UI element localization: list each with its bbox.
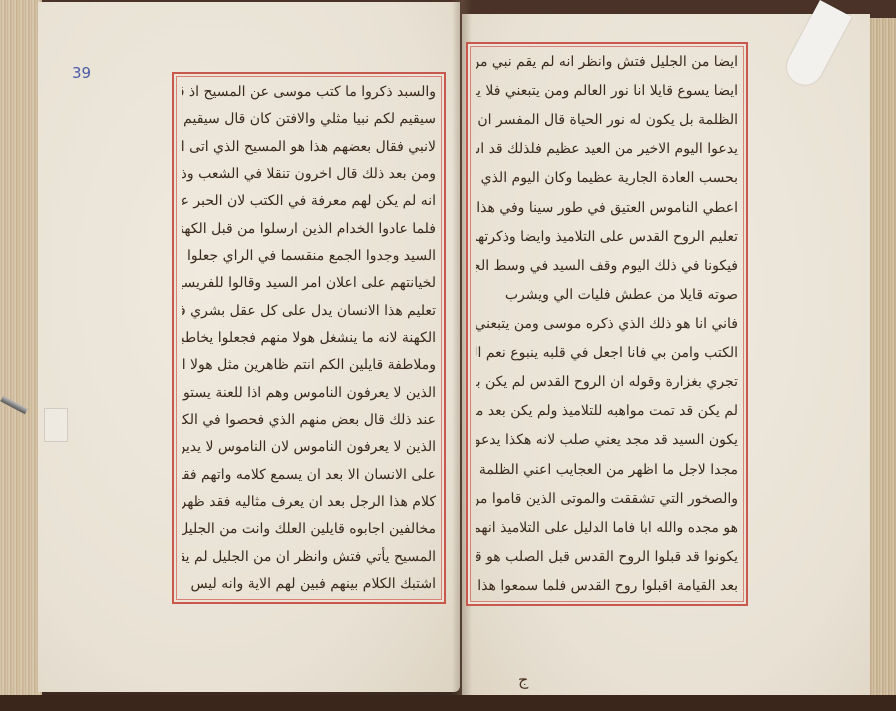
text-line: عند ذلك قال بعض منهم الذي فحصوا في الكتب… [182,410,436,430]
manuscript-photo: 39 والسبد ذكروا ما كتب موسى عن المسيح اذ… [0,0,896,711]
text-line: اشتبك الكلام بينهم فبين لهم الاية وانه ل… [182,574,436,594]
text-line: مجدا لاجل ما اظهر من العجايب اعني الظلمة… [476,460,738,480]
clip-blade [0,396,28,414]
table-surface [0,695,896,711]
page-edges-right [866,18,896,698]
text-line: تعليم هذا الانسان يدل على كل عقل بشري فخ… [182,301,436,321]
text-line: الذين لا يعرفون الناموس لان الناموس لا ي… [182,437,436,457]
text-line: الكتب وامن بي فانا اجعل في قلبه ينبوع نع… [476,343,738,363]
text-line: الظلمة بل يكون له نور الحياة قال المفسر … [476,110,738,130]
text-line: تعليم الروح القدس على التلاميذ وايضا وذك… [476,227,738,247]
text-line: لم يكن قد تمت مواهبه للتلاميذ ولم يكن بع… [476,401,738,421]
text-line: مخالفين اجابوه قايلين العلك وانت من الجل… [182,519,436,539]
text-line: لخيانتهم على اعلان امر السيد وقالوا للفر… [182,273,436,293]
left-text-block: والسبد ذكروا ما كتب موسى عن المسيح اذ قا… [182,82,436,594]
text-line: الكهنة لانه ما ينشغل هولا منهم فجعلوا يخ… [182,328,436,348]
text-line: ايضا من الجليل فتش وانظر انه لم يقم نبي … [476,52,738,72]
catchword: ج [518,670,528,689]
page-edges-left [0,0,42,711]
text-line: انه لم يكن لهم معرفة في الكتب لان الحبر … [182,191,436,211]
right-text-block: ايضا من الجليل فتش وانظر انه لم يقم نبي … [476,52,738,596]
metal-clip [0,398,30,420]
folio-number: 39 [72,64,91,82]
text-line: يكونوا قد قبلوا الروح القدس قبل الصلب هو… [476,547,738,567]
text-line: اعطي الناموس العتيق في طور سينا وفي هذا … [476,198,738,218]
text-line: على الانسان الا بعد ان يسمع كلامه واتهم … [182,465,436,485]
text-line: وملاطفة قايلين الكم انتم ظاهرين مثل هولا… [182,355,436,375]
text-line: يدعوا اليوم الاخير من العيد عظيم فلذلك ق… [476,139,738,159]
text-line: يكون السيد قد مجد يعني صلب لانه هكذا يدع… [476,430,738,450]
text-line: فاني انا هو ذلك الذي ذكره موسى ومن يتبعن… [476,314,738,334]
text-line: ايضا يسوع قايلا انا نور العالم ومن يتبعن… [476,81,738,101]
text-line: الذين لا يعرفون الناموس وهم اذا للعنة يس… [182,383,436,403]
text-line: كلام هذا الرجل بعد ان يعرف مثاليه فقد ظه… [182,492,436,512]
text-line: والصخور التي تشققت والموتى الذين قاموا م… [476,489,738,509]
left-text-frame: والسبد ذكروا ما كتب موسى عن المسيح اذ قا… [172,72,446,604]
transparent-tab [44,408,68,442]
text-line: فلما عادوا الخدام الذين ارسلوا من قبل ال… [182,219,436,239]
text-line: سيقيم لكم نبيا مثلي والافتن كان قال سيقي… [182,109,436,129]
text-line: بحسب العادة الجارية عظيما وكان اليوم الذ… [476,168,738,188]
text-line: بعد القيامة اقبلوا روح القدس فلما سمعوا … [476,576,738,596]
text-line: فيكونا في ذلك اليوم وقف السيد في وسط الج… [476,256,738,276]
text-line: ومن بعد ذلك قال اخرون تنقلا في الشعب وذل… [182,164,436,184]
text-line: السيد وجدوا الجمع منقسما في الراي جعلوا … [182,246,436,266]
right-text-frame: ايضا من الجليل فتش وانظر انه لم يقم نبي … [466,42,748,606]
text-line: هو مجده والله ابا فاما الدليل على التلام… [476,518,738,538]
text-line: صوته قايلا من عطش فليات الي ويشرب [476,285,738,305]
text-line: والسبد ذكروا ما كتب موسى عن المسيح اذ قا… [182,82,436,102]
text-line: تجري بغزارة وقوله ان الروح القدس لم يكن … [476,372,738,392]
text-line: لانبي فقال بعضهم هذا هو المسيح الذي اتى … [182,137,436,157]
text-line: المسيح يأتي فتش وانظر ان من الجليل لم يق… [182,547,436,567]
